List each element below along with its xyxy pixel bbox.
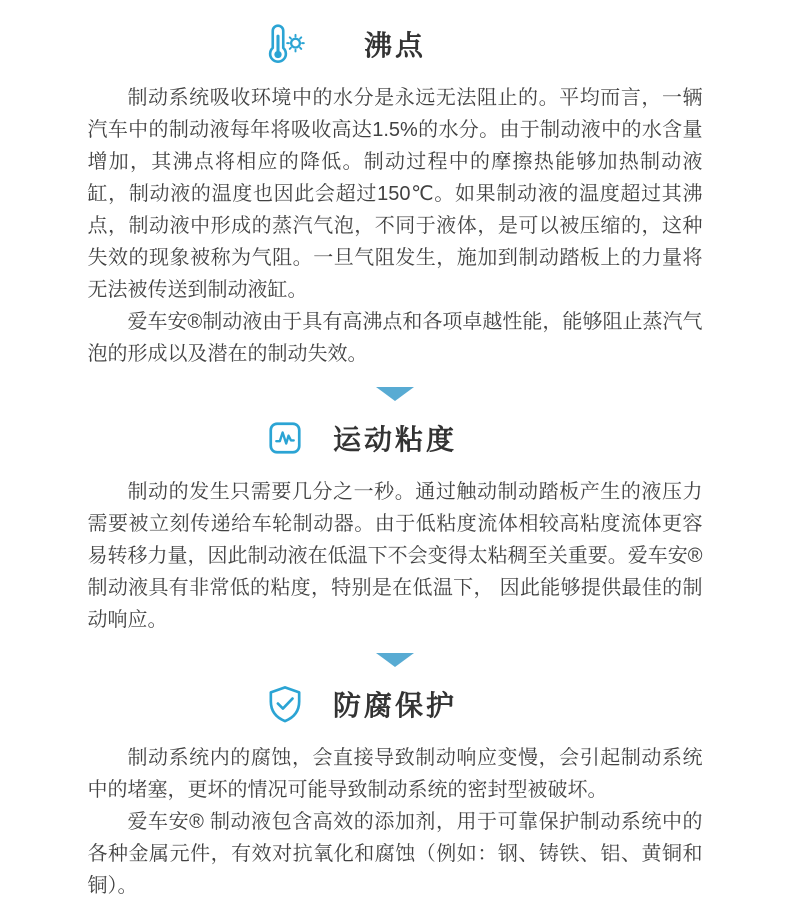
pulse-monitor-icon	[264, 414, 306, 462]
shield-check-icon	[264, 680, 306, 728]
paragraph: 制动系统吸收环境中的水分是永远无法阻止的。平均而言，一辆汽车中的制动液每年将吸收…	[88, 82, 703, 306]
section-header-kinematic-viscosity: 运动粘度	[88, 412, 703, 464]
section-title: 防腐保护	[333, 684, 457, 724]
down-triangle-divider	[88, 386, 703, 402]
section-title: 运动粘度	[333, 418, 457, 458]
paragraph: 爱车安® 制动液包含高效的添加剂，用于可靠保护制动系统中的各种金属元件，有效对抗…	[88, 806, 703, 902]
section-kinematic-viscosity: 运动粘度 制动的发生只需要几分之一秒。通过触动制动踏板产生的液压力需要被立刻传递…	[88, 412, 703, 636]
section-header-boiling-point: 沸点	[88, 18, 703, 70]
paragraph: 爱车安®制动液由于具有高沸点和各项卓越性能，能够阻止蒸汽气泡的形成以及潜在的制动…	[88, 306, 703, 370]
product-description-page: 沸点 制动系统吸收环境中的水分是永远无法阻止的。平均而言，一辆汽车中的制动液每年…	[88, 0, 703, 902]
section-header-anti-corrosion: 防腐保护	[88, 678, 703, 730]
section-title: 沸点	[364, 24, 426, 64]
paragraph: 制动的发生只需要几分之一秒。通过触动制动踏板产生的液压力需要被立刻传递给车轮制动…	[88, 476, 703, 636]
section-boiling-point: 沸点 制动系统吸收环境中的水分是永远无法阻止的。平均而言，一辆汽车中的制动液每年…	[88, 18, 703, 370]
thermometer-sun-icon	[264, 20, 306, 68]
section-anti-corrosion: 防腐保护 制动系统内的腐蚀，会直接导致制动响应变慢，会引起制动系统中的堵塞，更坏…	[88, 678, 703, 902]
paragraph: 制动系统内的腐蚀，会直接导致制动响应变慢，会引起制动系统中的堵塞，更坏的情况可能…	[88, 742, 703, 806]
down-triangle-divider	[88, 652, 703, 668]
